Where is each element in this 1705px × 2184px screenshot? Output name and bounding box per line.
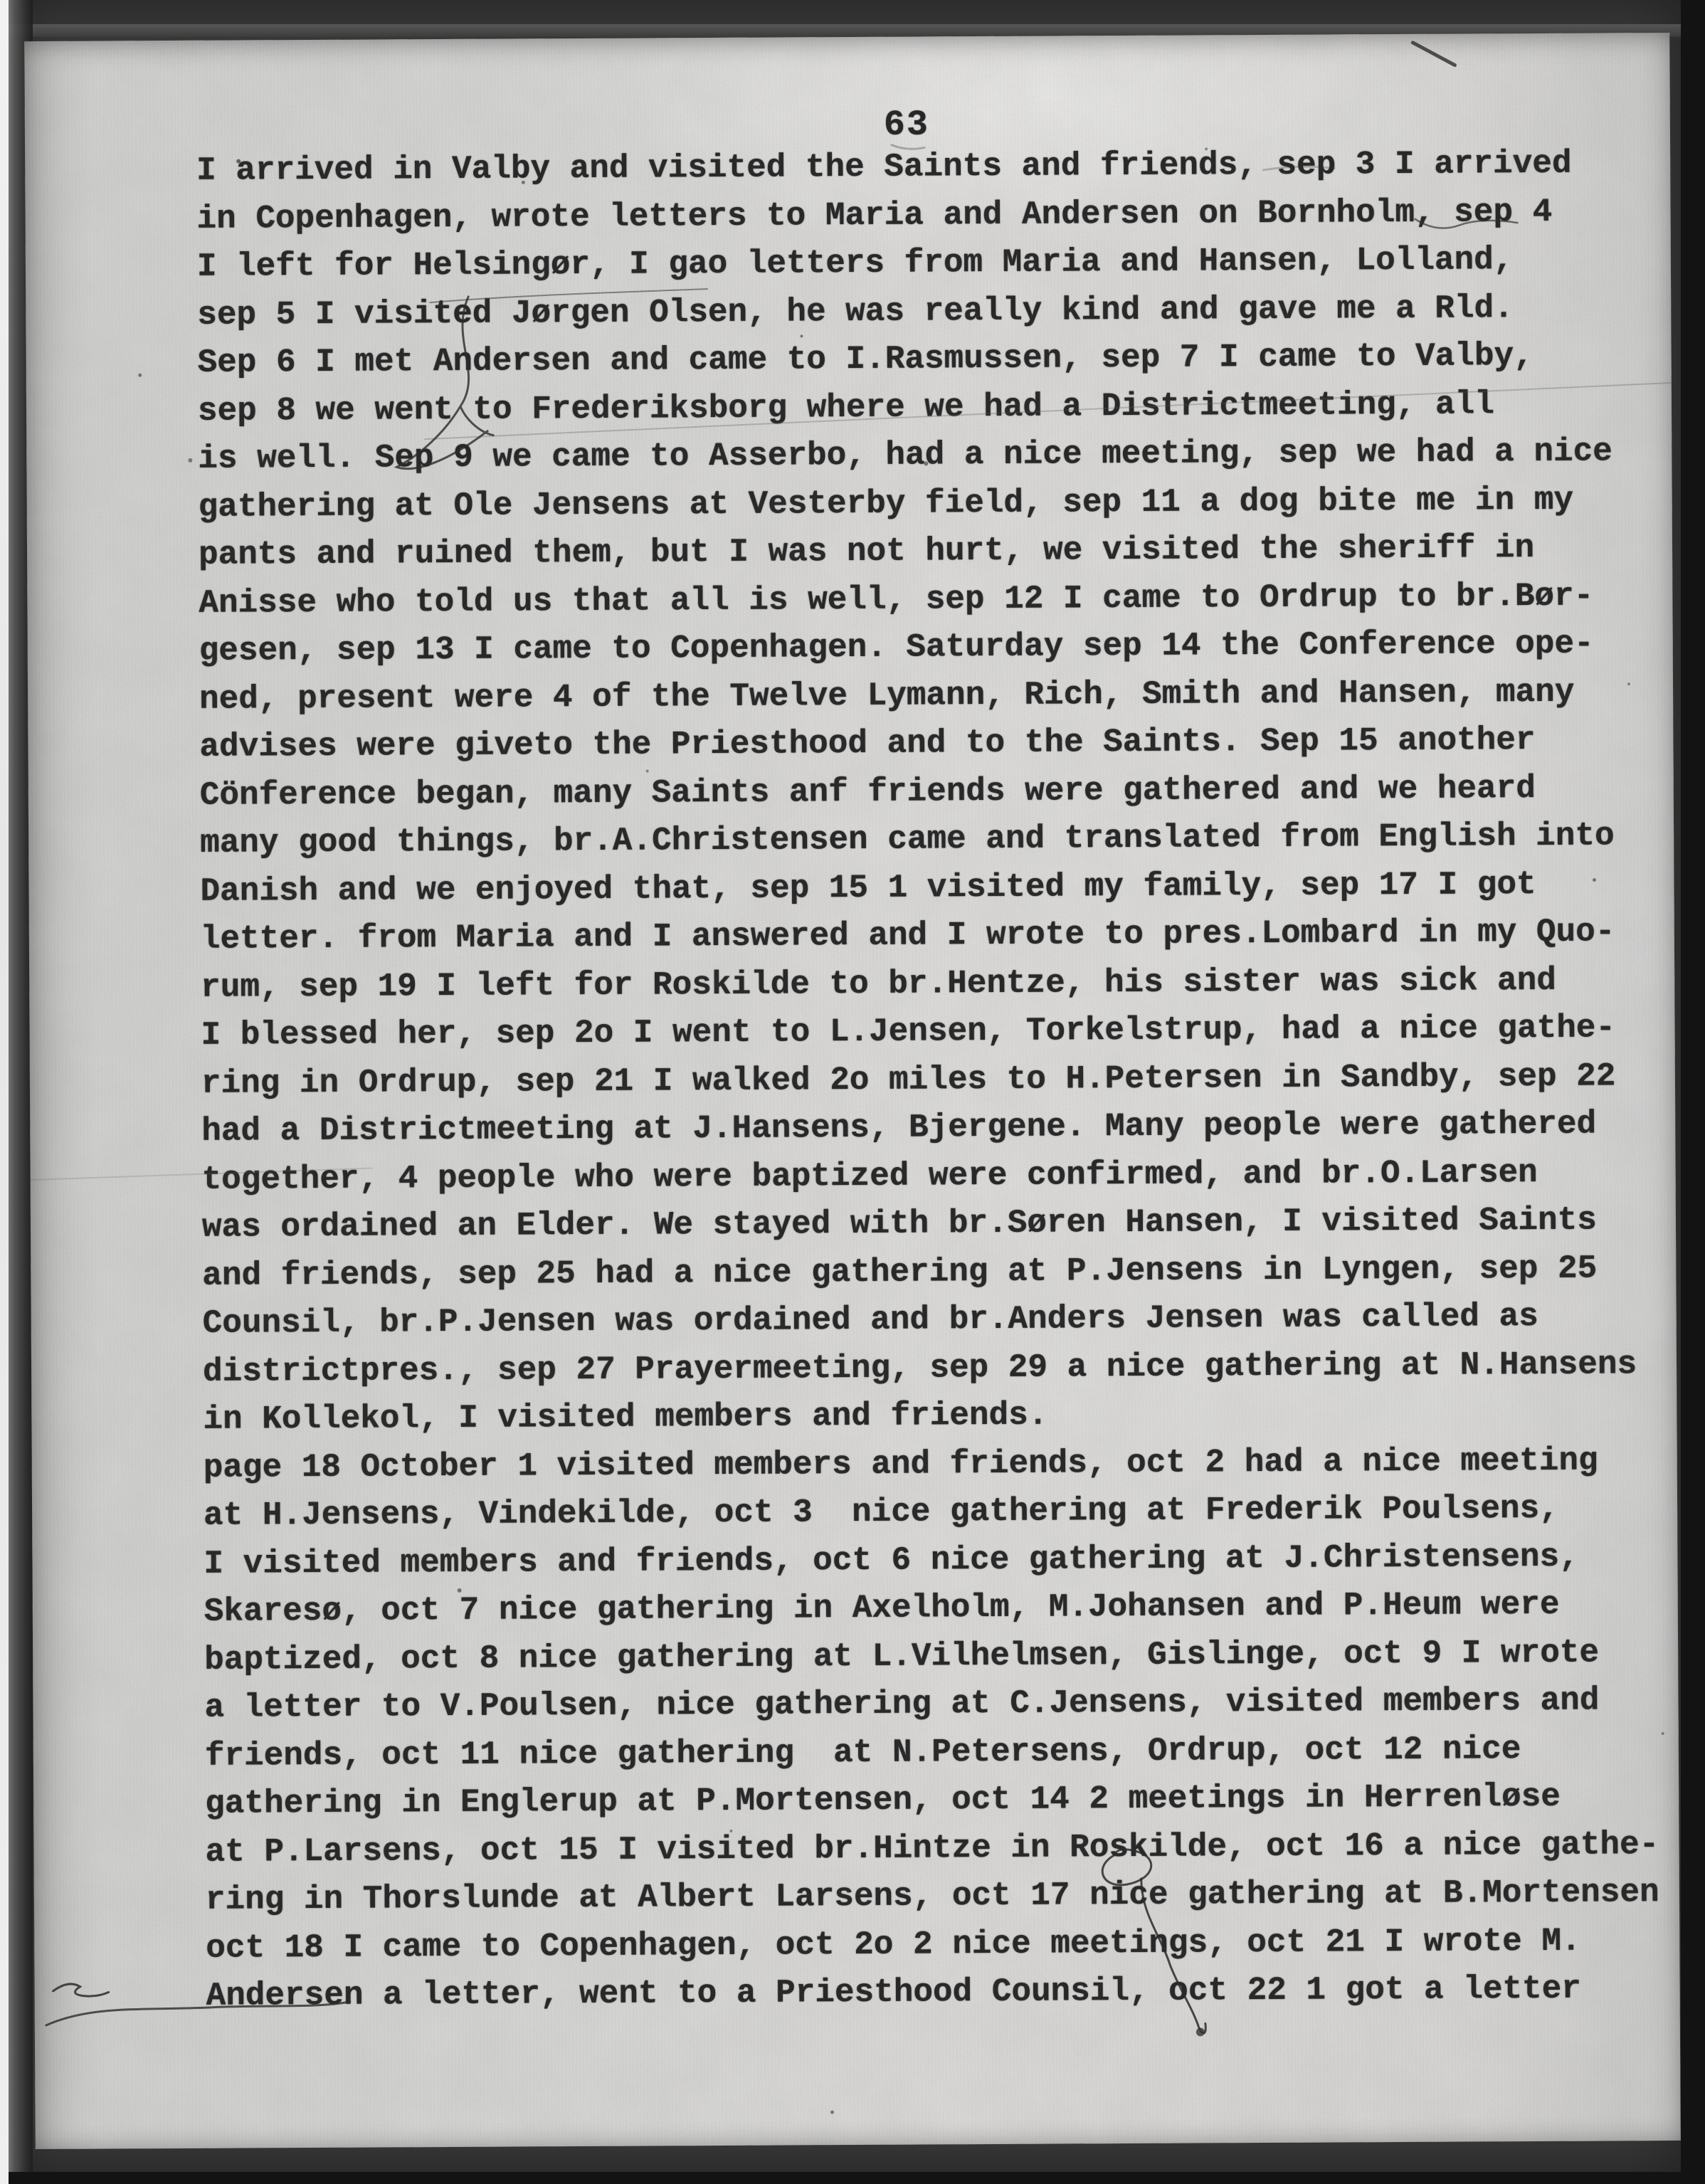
scanned-page: 63 I arrived in Valby and visited the Sa… xyxy=(0,0,1705,2184)
page-number: 63 xyxy=(871,105,942,146)
scan-edge-highlight xyxy=(0,0,9,2184)
bottom-left-pen-scribble xyxy=(53,1984,109,1997)
paper: 63 I arrived in Valby and visited the Sa… xyxy=(24,33,1680,2149)
top-right-scratch xyxy=(1413,43,1455,65)
document-text: I arrived in Valby and visited the Saint… xyxy=(196,139,1679,2020)
